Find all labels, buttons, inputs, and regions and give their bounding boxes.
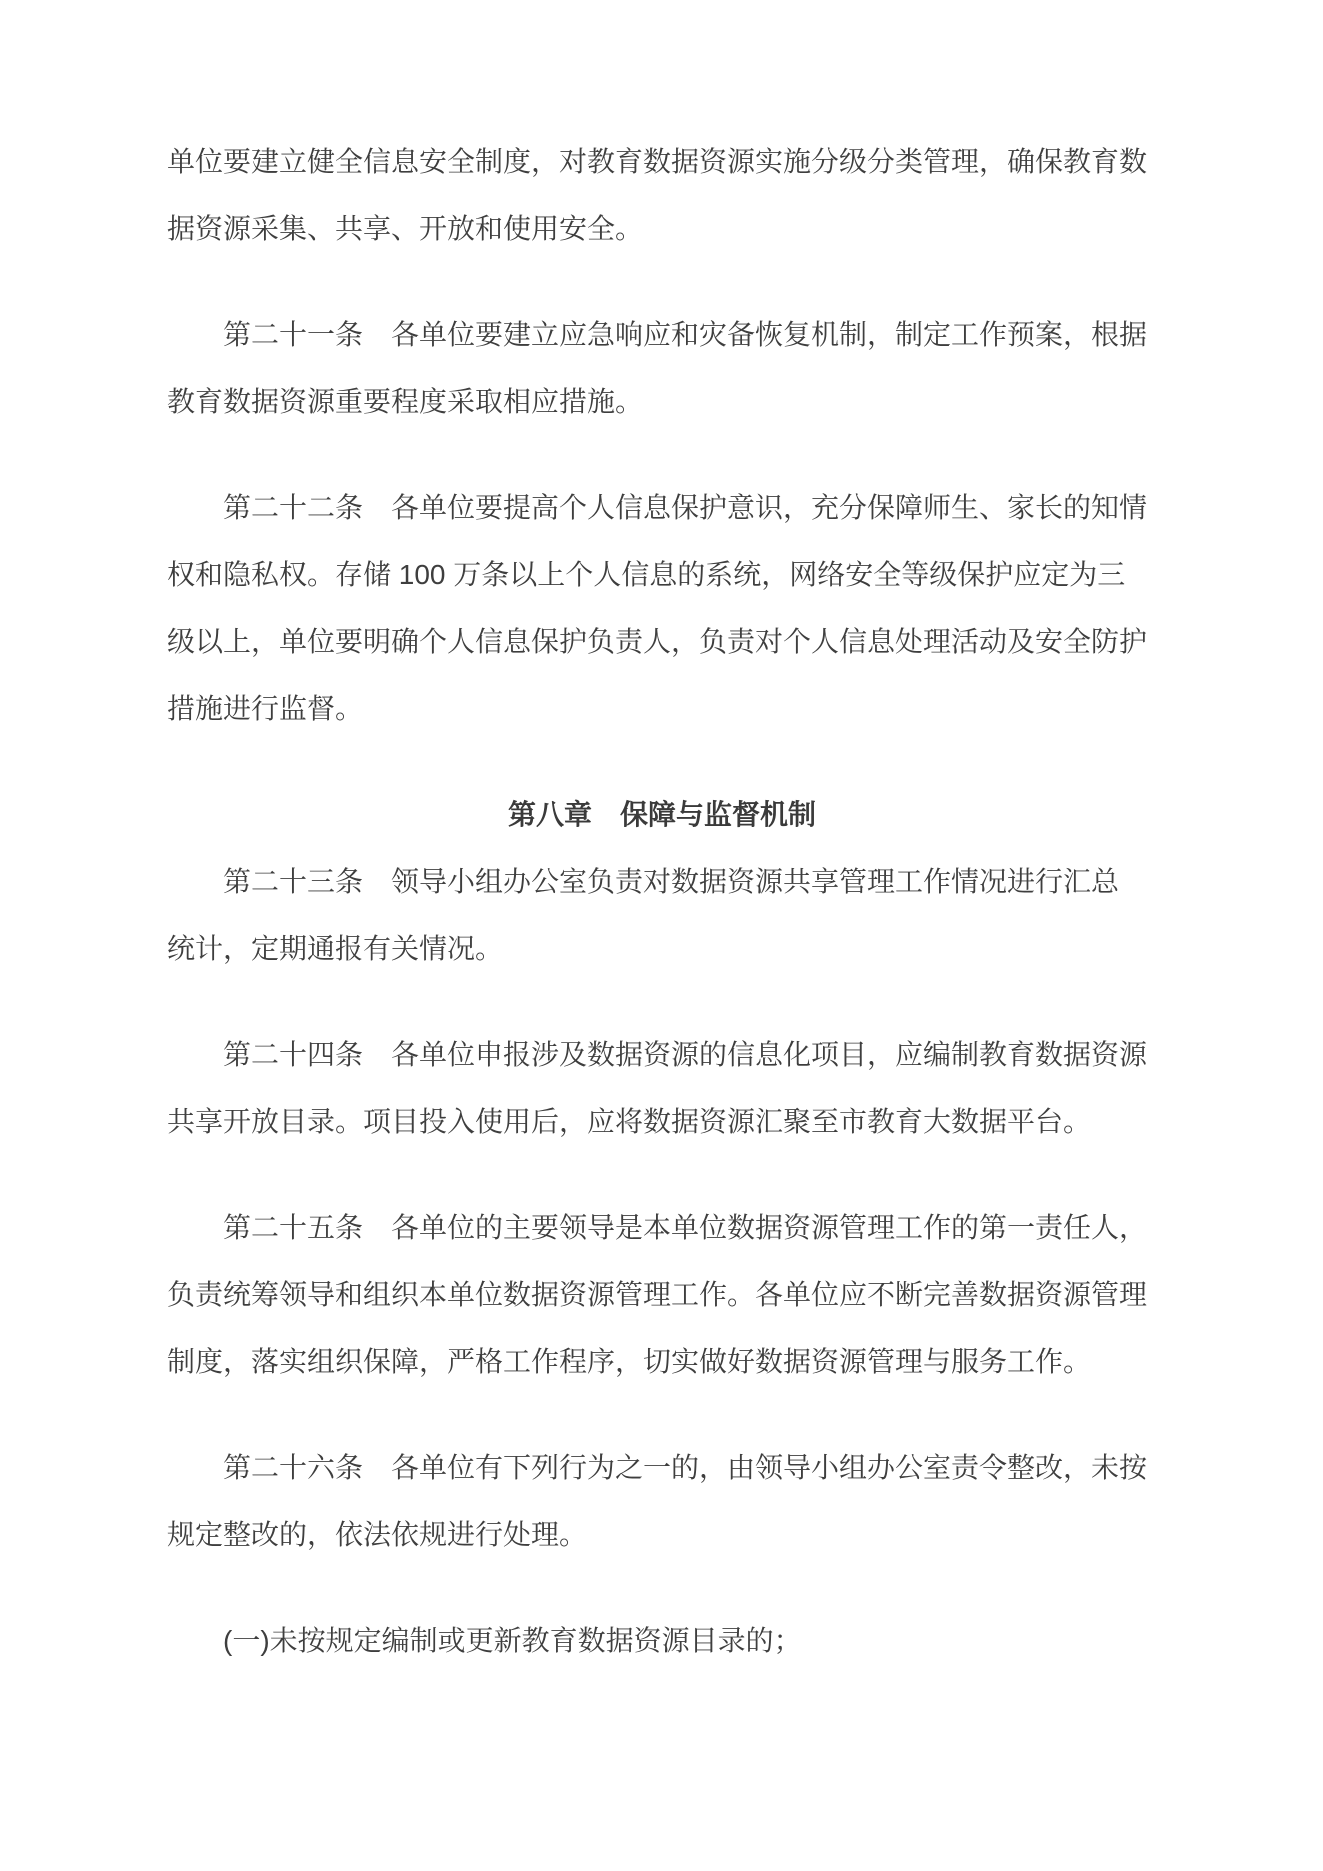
text-line: 教育数据资源重要程度采取相应措施。 — [167, 368, 1157, 435]
document-page: 单位要建立健全信息安全制度，对教育数据资源实施分级分类管理，确保教育数 据资源采… — [0, 0, 1323, 1871]
text-line: 共享开放目录。项目投入使用后，应将数据资源汇聚至市教育大数据平台。 — [167, 1088, 1157, 1155]
text-line: (一)未按规定编制或更新教育数据资源目录的； — [167, 1607, 1157, 1674]
text-line: 规定整改的，依法依规进行处理。 — [167, 1501, 1157, 1568]
paragraph: 第二十二条 各单位要提高个人信息保护意识，充分保障师生、家长的知情 权和隐私权。… — [167, 474, 1157, 742]
text-line: 级以上，单位要明确个人信息保护负责人，负责对个人信息处理活动及安全防护 — [167, 608, 1157, 675]
text-line: 制度，落实组织保障，严格工作程序，切实做好数据资源管理与服务工作。 — [167, 1328, 1157, 1395]
text-line: 第二十六条 各单位有下列行为之一的，由领导小组办公室责令整改，未按 — [167, 1434, 1157, 1501]
text-line: 单位要建立健全信息安全制度，对教育数据资源实施分级分类管理，确保教育数 — [167, 128, 1157, 195]
text-line: 第二十二条 各单位要提高个人信息保护意识，充分保障师生、家长的知情 — [167, 474, 1157, 541]
text-line: 第二十三条 领导小组办公室负责对数据资源共享管理工作情况进行汇总 — [167, 848, 1157, 915]
paragraph: 第二十三条 领导小组办公室负责对数据资源共享管理工作情况进行汇总 统计，定期通报… — [167, 848, 1157, 982]
chapter-heading: 第八章 保障与监督机制 — [167, 781, 1157, 848]
paragraph: 第二十六条 各单位有下列行为之一的，由领导小组办公室责令整改，未按 规定整改的，… — [167, 1434, 1157, 1568]
text-line: 第二十五条 各单位的主要领导是本单位数据资源管理工作的第一责任人， — [167, 1194, 1157, 1261]
text-line: 第二十四条 各单位申报涉及数据资源的信息化项目，应编制教育数据资源 — [167, 1021, 1157, 1088]
text-line: 权和隐私权。存储 100 万条以上个人信息的系统，网络安全等级保护应定为三 — [167, 541, 1157, 608]
text-line: 统计，定期通报有关情况。 — [167, 915, 1157, 982]
paragraph: (一)未按规定编制或更新教育数据资源目录的； — [167, 1607, 1157, 1674]
paragraph: 第二十一条 各单位要建立应急响应和灾备恢复机制，制定工作预案，根据 教育数据资源… — [167, 301, 1157, 435]
text-line: 负责统筹领导和组织本单位数据资源管理工作。各单位应不断完善数据资源管理 — [167, 1261, 1157, 1328]
paragraph: 第二十四条 各单位申报涉及数据资源的信息化项目，应编制教育数据资源 共享开放目录… — [167, 1021, 1157, 1155]
text-line: 据资源采集、共享、开放和使用安全。 — [167, 195, 1157, 262]
paragraph: 单位要建立健全信息安全制度，对教育数据资源实施分级分类管理，确保教育数 据资源采… — [167, 128, 1157, 262]
paragraph: 第二十五条 各单位的主要领导是本单位数据资源管理工作的第一责任人， 负责统筹领导… — [167, 1194, 1157, 1395]
text-line: 措施进行监督。 — [167, 675, 1157, 742]
text-line: 第二十一条 各单位要建立应急响应和灾备恢复机制，制定工作预案，根据 — [167, 301, 1157, 368]
